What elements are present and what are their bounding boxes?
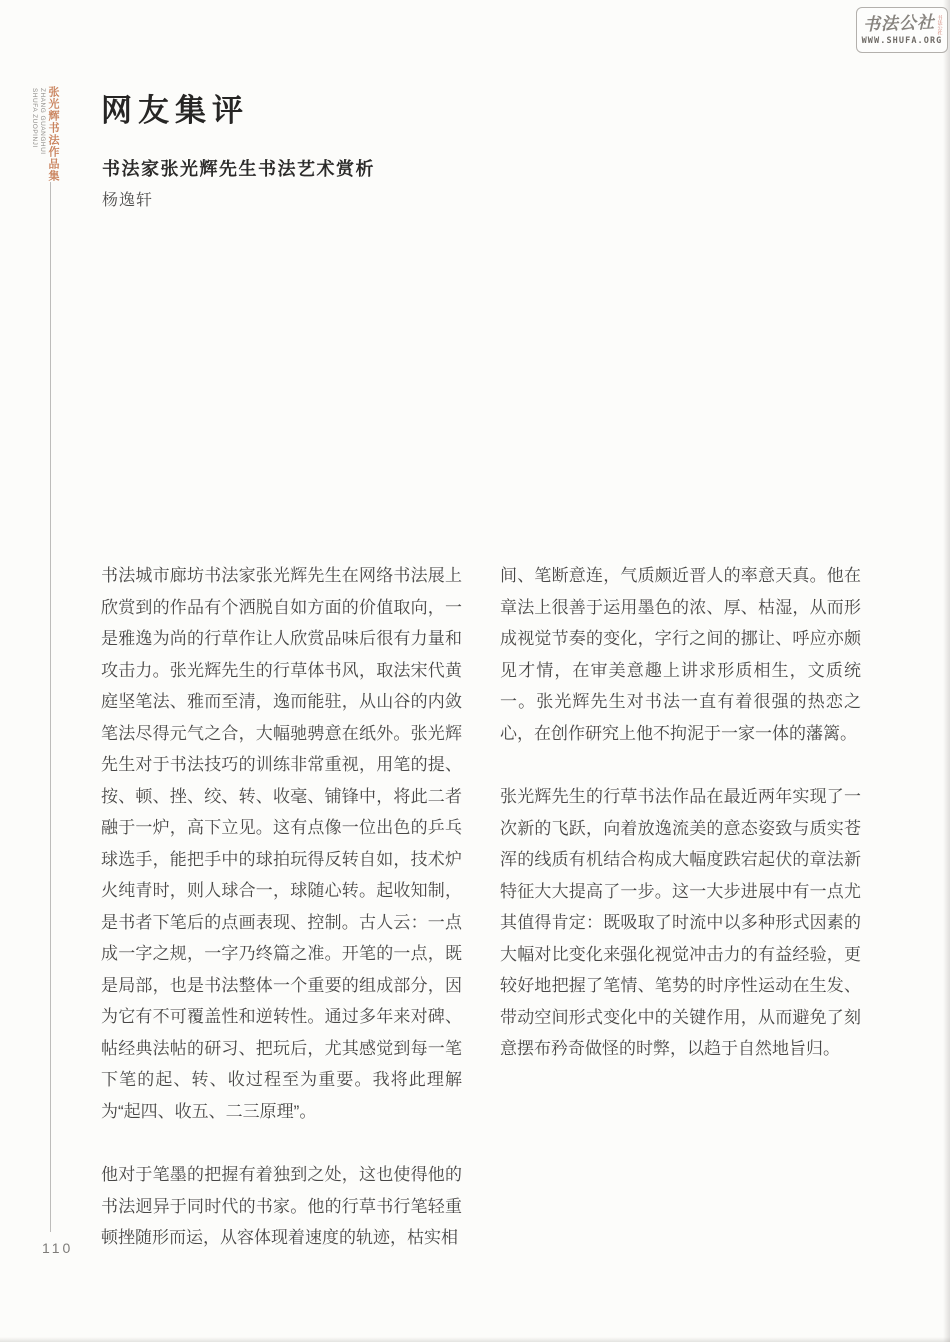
stamp-seal-mark: 书法公社 (937, 15, 942, 35)
spine-title-pinyin: ZHANG GUANGHUI SHUFA ZUOPINJI (30, 88, 46, 155)
page-title: 网友集评 (101, 94, 249, 128)
page-number: 110 (42, 1240, 73, 1256)
scan-edge-right (943, 0, 950, 1342)
spine-vertical-rule (50, 182, 51, 1232)
article-author: 杨逸轩 (102, 192, 153, 210)
body-paragraph: 张光辉先生的行草书法作品在最近两年实现了一次新的飞跃，向着放逸流美的意态姿致与质… (500, 781, 861, 1065)
stamp-calligraphy-text: 书法公社 (862, 13, 935, 34)
stamp-calligraphy-row: 书法公社 书法公社 (863, 15, 942, 35)
spine-pinyin-line1: ZHANG GUANGHUI (39, 88, 46, 155)
right-column: 间、笔断意连，气质颇近晋人的率意天真。他在章法上很善于运用墨色的浓、厚、枯湿，从… (500, 560, 861, 1286)
body-paragraph: 间、笔断意连，气质颇近晋人的率意天真。他在章法上很善于运用墨色的浓、厚、枯湿，从… (500, 560, 861, 749)
body-paragraph: 书法城市廊坊书法家张光辉先生在网络书法展上欣赏到的作品有个洒脱自如方面的价值取向… (101, 560, 462, 1127)
article-subtitle: 书法家张光辉先生书法艺术赏析 (102, 160, 375, 180)
scan-edge-bottom (0, 1337, 950, 1342)
stamp-url-text: WWW.SHUFA.ORG (862, 36, 943, 46)
article-body: 书法城市廊坊书法家张光辉先生在网络书法展上欣赏到的作品有个洒脱自如方面的价值取向… (101, 560, 863, 1286)
spine-pinyin-line2: SHUFA ZUOPINJI (31, 88, 38, 148)
spine-title-vertical: 张光辉书法作品集 (46, 86, 60, 182)
book-page: { "stamp": { "calligraphy": "书法公社", "sea… (0, 0, 950, 1342)
left-column: 书法城市廊坊书法家张光辉先生在网络书法展上欣赏到的作品有个洒脱自如方面的价值取向… (101, 560, 462, 1286)
shufa-org-stamp: 书法公社 书法公社 WWW.SHUFA.ORG (856, 7, 948, 53)
body-paragraph: 他对于笔墨的把握有着独到之处，这也使得他的书法迥异于同时代的书家。他的行草书行笔… (101, 1159, 462, 1254)
